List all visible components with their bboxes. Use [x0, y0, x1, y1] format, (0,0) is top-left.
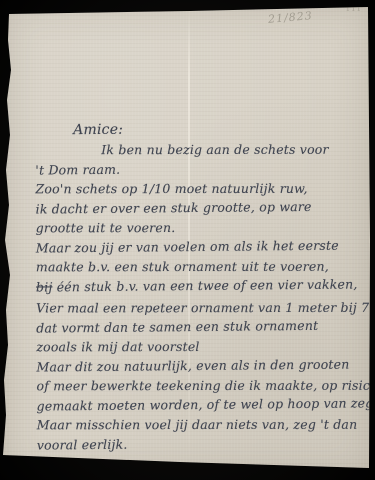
letter-line: dat vormt dan te samen een stuk ornament — [36, 316, 358, 339]
letter-salutation: Amice: — [35, 118, 357, 141]
letter-line: of meer bewerkte teekening die ik maakte… — [36, 375, 358, 395]
letter-paper: 21/823 111 Amice: Ik ben nu bezig aan de… — [0, 0, 375, 480]
letter-body: Amice: Ik ben nu bezig aan de schets voo… — [35, 119, 359, 454]
letter-line: Maar zou jij er van voelen om als ik het… — [36, 235, 358, 258]
corner-mark: 111 — [346, 5, 362, 13]
letter-line: grootte uit te voeren. — [36, 217, 358, 237]
archive-notation: 21/823 — [268, 9, 314, 26]
letter-line: Maar dit zou natuurlijk, even als in den… — [36, 355, 358, 378]
letter-line: ik dacht er over een stuk grootte, op wa… — [35, 196, 357, 219]
letter-line: Ik ben nu bezig aan de schets voor — [35, 139, 357, 159]
letter-line: gemaakt moeten worden, of te wel op hoop… — [37, 394, 359, 417]
letter-line: maakte b.v. een stuk ornament uit te voe… — [36, 256, 358, 276]
letter-line: vooral eerlijk. — [37, 433, 359, 456]
letter-line: Vier maal een repeteer ornament van 1 me… — [36, 295, 358, 317]
struck-word: bij — [36, 279, 53, 294]
photo-background: 21/823 111 Amice: Ik ben nu bezig aan de… — [0, 0, 375, 480]
letter-line: 't Dom raam. — [35, 157, 357, 180]
letter-line: bij één stuk b.v. van een twee of een vi… — [36, 274, 358, 297]
letter-line: Maar misschien voel jij daar niets van, … — [37, 414, 359, 434]
letter-line: zooals ik mij dat voorstel — [36, 336, 358, 356]
letter-line: Zoo'n schets op 1/10 moet natuurlijk ruw… — [35, 178, 357, 198]
